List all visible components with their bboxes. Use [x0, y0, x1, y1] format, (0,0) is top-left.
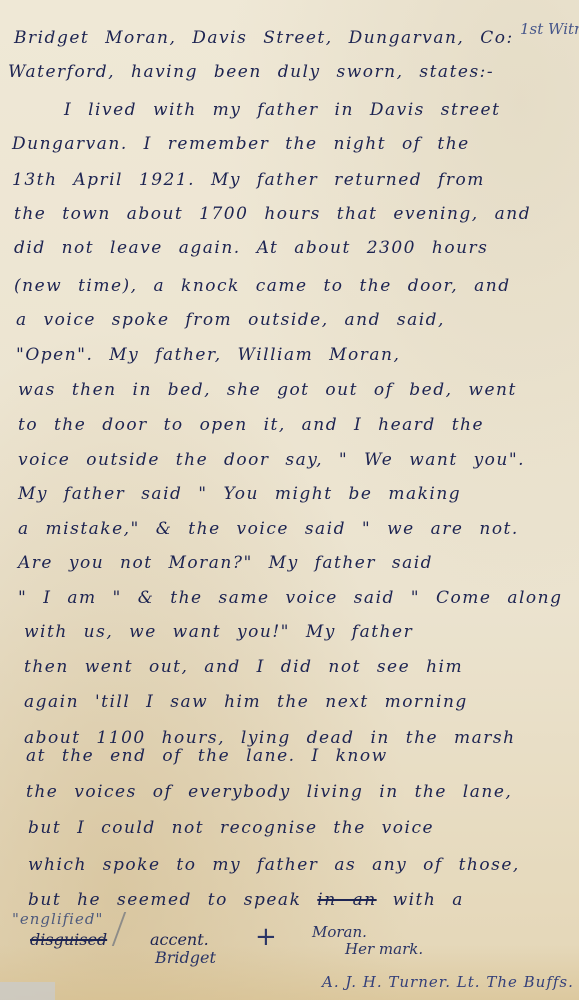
statement-line-18: with us, we want you!" My father: [24, 622, 413, 642]
pencil-scribble: [112, 912, 150, 946]
signature-forename: Bridget: [155, 948, 216, 967]
inserted-correction: "englified": [12, 910, 103, 928]
statement-line-5: 13th April 1921. My father returned from: [12, 170, 485, 190]
statement-line-26: but he seemed to speak in an with a: [28, 890, 464, 910]
statement-line-20: again 'till I saw him the next morning: [24, 692, 468, 712]
signature-mark-label: Her mark.: [345, 940, 423, 958]
cross-mark-signature: +: [255, 922, 277, 952]
struck-correction: disguised: [30, 930, 107, 949]
statement-line-13: voice outside the door say, " We want yo…: [18, 450, 525, 470]
statement-line-9: a voice spoke from outside, and said,: [16, 310, 445, 330]
statement-line-16: Are you not Moran?" My father said: [18, 553, 433, 573]
statement-line-24: but I could not recognise the voice: [28, 818, 434, 838]
statement-line-2: Waterford, having been duly sworn, state…: [8, 62, 494, 82]
statement-line-7: did not leave again. At about 2300 hours: [14, 238, 488, 258]
line-26-text: but he seemed to speak: [28, 890, 301, 910]
statement-line-19: then went out, and I did not see him: [24, 657, 463, 677]
statement-line-21: about 1100 hours, lying dead in the mars…: [24, 728, 516, 748]
signature-surname: Moran.: [312, 923, 367, 941]
statement-line-12: to the door to open it, and I heard the: [18, 415, 484, 435]
statement-line-11: was then in bed, she got out of bed, wen…: [18, 380, 517, 400]
torn-corner: [0, 982, 55, 1000]
statement-line-22: at the end of the lane. I know: [26, 746, 388, 766]
statement-line-4: Dungarvan. I remember the night of the: [12, 134, 470, 154]
statement-line-8: (new time), a knock came to the door, an…: [14, 276, 511, 296]
statement-line-25: which spoke to my father as any of those…: [28, 855, 520, 875]
statement-line-10: "Open". My father, William Moran,: [16, 345, 400, 365]
statement-line-14: My father said " You might be making: [18, 484, 461, 504]
witness-signature: A. J. H. Turner. Lt. The Buffs.: [322, 973, 574, 991]
statement-line-1: Bridget Moran, Davis Street, Dungarvan, …: [14, 28, 514, 48]
margin-note-witness-number: 1st Witness: [520, 20, 579, 38]
scanned-document-page: 1st Witness Bridget Moran, Davis Street,…: [0, 0, 579, 1000]
statement-line-3: I lived with my father in Davis street: [64, 100, 500, 120]
line-26-after: with a: [393, 890, 464, 910]
correction-continuation: accent.: [150, 930, 209, 949]
struck-text: in an: [317, 890, 376, 910]
statement-line-6: the town about 1700 hours that evening, …: [14, 204, 531, 224]
statement-line-23: the voices of everybody living in the la…: [26, 782, 512, 802]
statement-line-17: " I am " & the same voice said " Come al…: [18, 588, 562, 608]
statement-line-15: a mistake," & the voice said " we are no…: [18, 519, 519, 539]
